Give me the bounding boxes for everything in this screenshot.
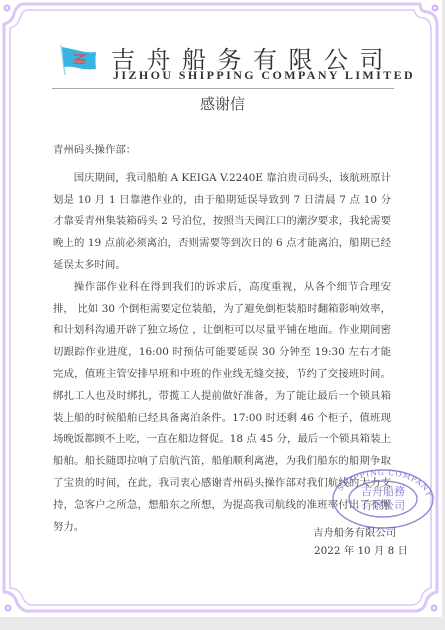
flag-icon: [58, 43, 98, 77]
svg-text:有限公司: 有限公司: [361, 499, 405, 512]
signature: 吉舟船务有限公司: [313, 524, 396, 539]
svg-text:吉舟船務: 吉舟船務: [361, 484, 405, 498]
letter-title: 感谢信: [0, 93, 445, 114]
company-seal: 吉舟船務 有限公司 SHIPPING COMPANY: [331, 468, 436, 530]
company-name-en: JIZHOU SHIPPING COMPANY LIMITED: [113, 68, 415, 83]
paragraph-1: 国庆期间，我司船舶 A KEIGA V.2240E 靠泊贵司码头，该航班原计划是…: [53, 168, 391, 277]
letter-date: 2022 年 10 月 8 日: [314, 542, 408, 557]
letterhead: 吉舟船务有限公司 JIZHOU SHIPPING COMPANY LIMITED: [58, 38, 398, 88]
salutation: 青州码头操作部：: [53, 140, 391, 162]
header-divider: [52, 88, 394, 89]
letter-page: 吉舟船务有限公司 JIZHOU SHIPPING COMPANY LIMITED…: [0, 0, 442, 617]
